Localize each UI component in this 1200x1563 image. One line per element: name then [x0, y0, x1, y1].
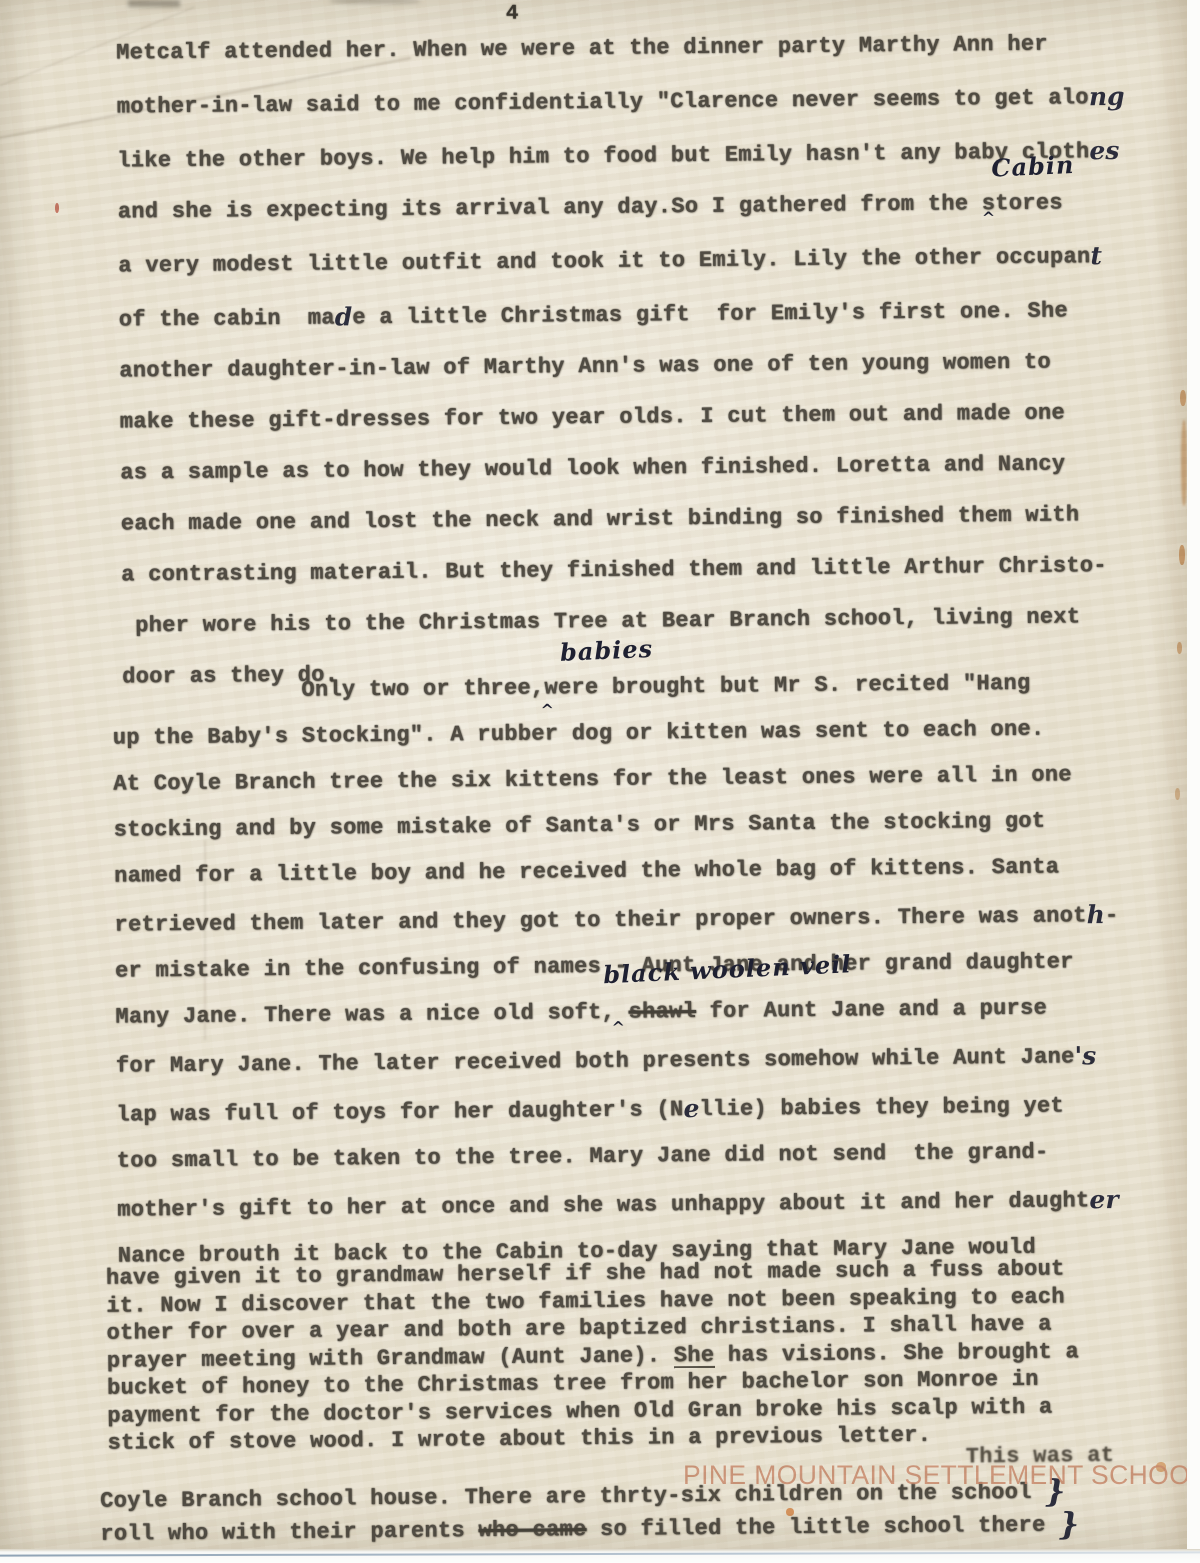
typed-text: e a little Christmas gift for Emily's fi… [352, 298, 1068, 330]
struck-text: shawl [628, 999, 696, 1025]
handwritten-correction: h [1087, 900, 1105, 929]
handwritten-correction: } [1059, 1506, 1079, 1542]
typed-line: like the other boys. We help him to food… [117, 123, 1125, 187]
typed-text: make these gift-dresses for two year old… [120, 400, 1065, 434]
handwritten-correction: d [335, 302, 353, 331]
insertion-caret: ^ [540, 700, 554, 719]
typed-text: At Coyle Branch tree the six kittens for… [113, 762, 1072, 796]
typed-text: Many Jane. There was a nice old soft, [115, 1000, 628, 1030]
typed-text: another daughter-in-law of Marthy Ann's … [119, 350, 1051, 384]
insertion-caret: ^ [612, 1018, 626, 1037]
typed-text: retrieved them later and they got to the… [114, 903, 1086, 937]
typed-text: so filled the little school there [586, 1513, 1059, 1543]
paragraph-1: Metcalf attended her. When we were at th… [116, 18, 1130, 703]
typed-text: of the cabin ma [119, 305, 335, 332]
typed-text-layer: Metcalf attended her. When we were at th… [0, 0, 1196, 1555]
struck-text: who came [478, 1517, 586, 1543]
typed-line: a very modest little outfit and took it … [118, 228, 1126, 292]
typed-text: llie) babies they being yet [699, 1094, 1064, 1122]
typed-text: roll who with their parents [100, 1518, 478, 1547]
typed-text: as a sample as to how they would look wh… [120, 451, 1065, 485]
handwritten-insertion-babies: babies [559, 634, 653, 667]
typed-text: lap was full of toys for her daughter's … [116, 1097, 683, 1127]
typed-text: a contrasting materail. But they finishe… [121, 553, 1107, 587]
typed-text: pher wore his to the Christmas Tree at B… [122, 604, 1081, 638]
handwritten-correction: er [1089, 1185, 1118, 1214]
typed-text: Only two or three,were brought but Mr S.… [112, 671, 1030, 705]
typed-text: a very modest little outfit and took it … [118, 244, 1090, 278]
insertion-caret: ^ [982, 208, 996, 227]
typed-text: prayer meeting with Grandmaw (Aunt Jane)… [107, 1343, 674, 1373]
handwritten-correction: 's [1074, 1041, 1096, 1070]
handwritten-insertion-cabin: Cabin [991, 150, 1075, 183]
typed-text: mother's gift to her at once and she was… [117, 1188, 1089, 1222]
typed-text: for Aunt Jane and a purse [696, 996, 1047, 1024]
paragraph-3: have given it to grandmaw herself if she… [106, 1255, 1080, 1457]
scanned-letter-screenshot: { "document": { "description": "Typewrit… [0, 0, 1200, 1563]
typed-line: of the cabin made a little Christmas gif… [119, 282, 1127, 346]
handwritten-correction: e [683, 1094, 699, 1123]
typed-text: up the Baby's Stocking". A rubber dog or… [113, 717, 1045, 751]
typed-text: has visions. She brought a [714, 1339, 1079, 1367]
scanner-background [1187, 0, 1200, 1549]
typed-text: named for a little boy and he received t… [114, 855, 1059, 889]
typed-text: - [1105, 903, 1119, 928]
typed-text: stick of stove wood. I wrote about this … [107, 1423, 931, 1456]
typed-page-number: 4 [506, 3, 519, 26]
typed-text: stocking and by some mistake of Santa's … [114, 809, 1046, 843]
handwritten-correction: es [1089, 136, 1119, 165]
handwritten-correction: ng [1089, 82, 1125, 111]
typed-text: each made one and lost the neck and wris… [121, 502, 1080, 536]
typed-text: for Mary Jane. The later received both p… [116, 1044, 1075, 1078]
typed-text: er mistake in the confusing of names - A… [115, 949, 1074, 983]
handwritten-correction: t [1090, 241, 1102, 270]
typed-text: like the other boys. We help him to food… [117, 139, 1089, 173]
typed-text: mother-in-law said to me confidentially … [117, 85, 1089, 119]
typed-text: Metcalf attended her. When we were at th… [116, 32, 1048, 66]
underlined-text: She [674, 1342, 715, 1367]
typed-text: too small to be taken to the tree. Mary … [117, 1140, 1049, 1174]
typed-text: and she is expecting its arrival any day… [118, 190, 1063, 224]
typed-line: mother-in-law said to me confidentially … [116, 69, 1124, 133]
letter-page: Metcalf attended her. When we were at th… [0, 0, 1187, 1549]
archive-watermark: PINE MOUNTAIN SETTLEMENT SCHOOL 2015 [683, 1460, 1183, 1491]
